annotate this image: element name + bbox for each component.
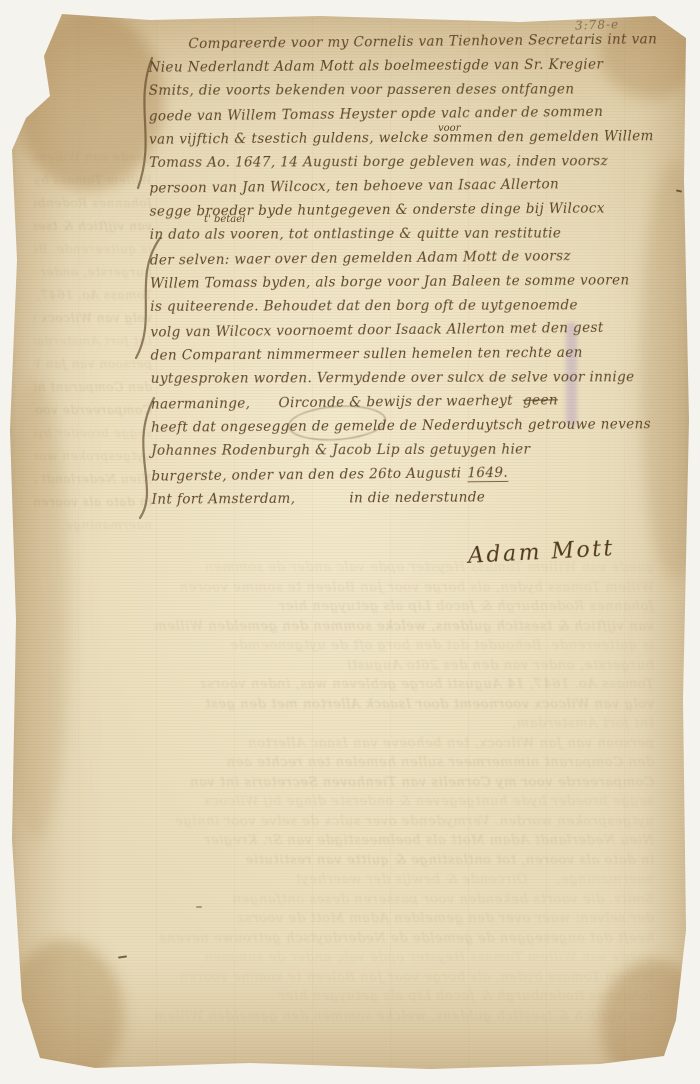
handwritten-line: uytgesproken worden. Vermydende over sul…: [151, 369, 656, 395]
handwritten-line: Nieu Nederlandt Adam Mott als boelmeesti…: [148, 56, 653, 84]
handwritten-line: den Comparant nimmermeer sullen hemelen …: [151, 344, 656, 372]
handwritten-line: Tomass Ao. 1647, 14 Augusti borge geblev…: [149, 153, 654, 179]
manuscript-page: goede van Willem Tomass Heyster opde val…: [0, 0, 700, 1084]
handwritten-line: heeft dat ongeseggen de gemelde de Neder…: [151, 416, 656, 444]
interlinear-insertion: t' betael: [204, 214, 245, 225]
handwritten-line: is quiteerende. Behoudet dat den borg of…: [150, 297, 655, 323]
handwritten-line: in dato als vooren, tot ontlastinge & qu…: [150, 225, 655, 251]
handwritten-line: Johannes Rodenburgh & Jacob Lip als getu…: [151, 441, 656, 467]
handwritten-line: Int fort Amsterdam,in die nederstunde: [152, 488, 657, 516]
scanned-manuscript: goede van Willem Tomass Heyster opde val…: [0, 0, 700, 1084]
handwritten-line: Smits, die voorts bekenden voor passeren…: [149, 81, 654, 107]
ink-speck: [196, 906, 202, 908]
handwritten-text-block: Compareerde voor my Cornelis van Tienhov…: [148, 32, 656, 516]
archival-mark: 3:78-e: [575, 17, 620, 33]
handwritten-line: van vijftich & tsestich guldens, welcke …: [149, 128, 654, 156]
interlinear-insertion: voor: [438, 123, 460, 134]
handwritten-line: Willem Tomass byden, als borge voor Jan …: [150, 272, 655, 300]
